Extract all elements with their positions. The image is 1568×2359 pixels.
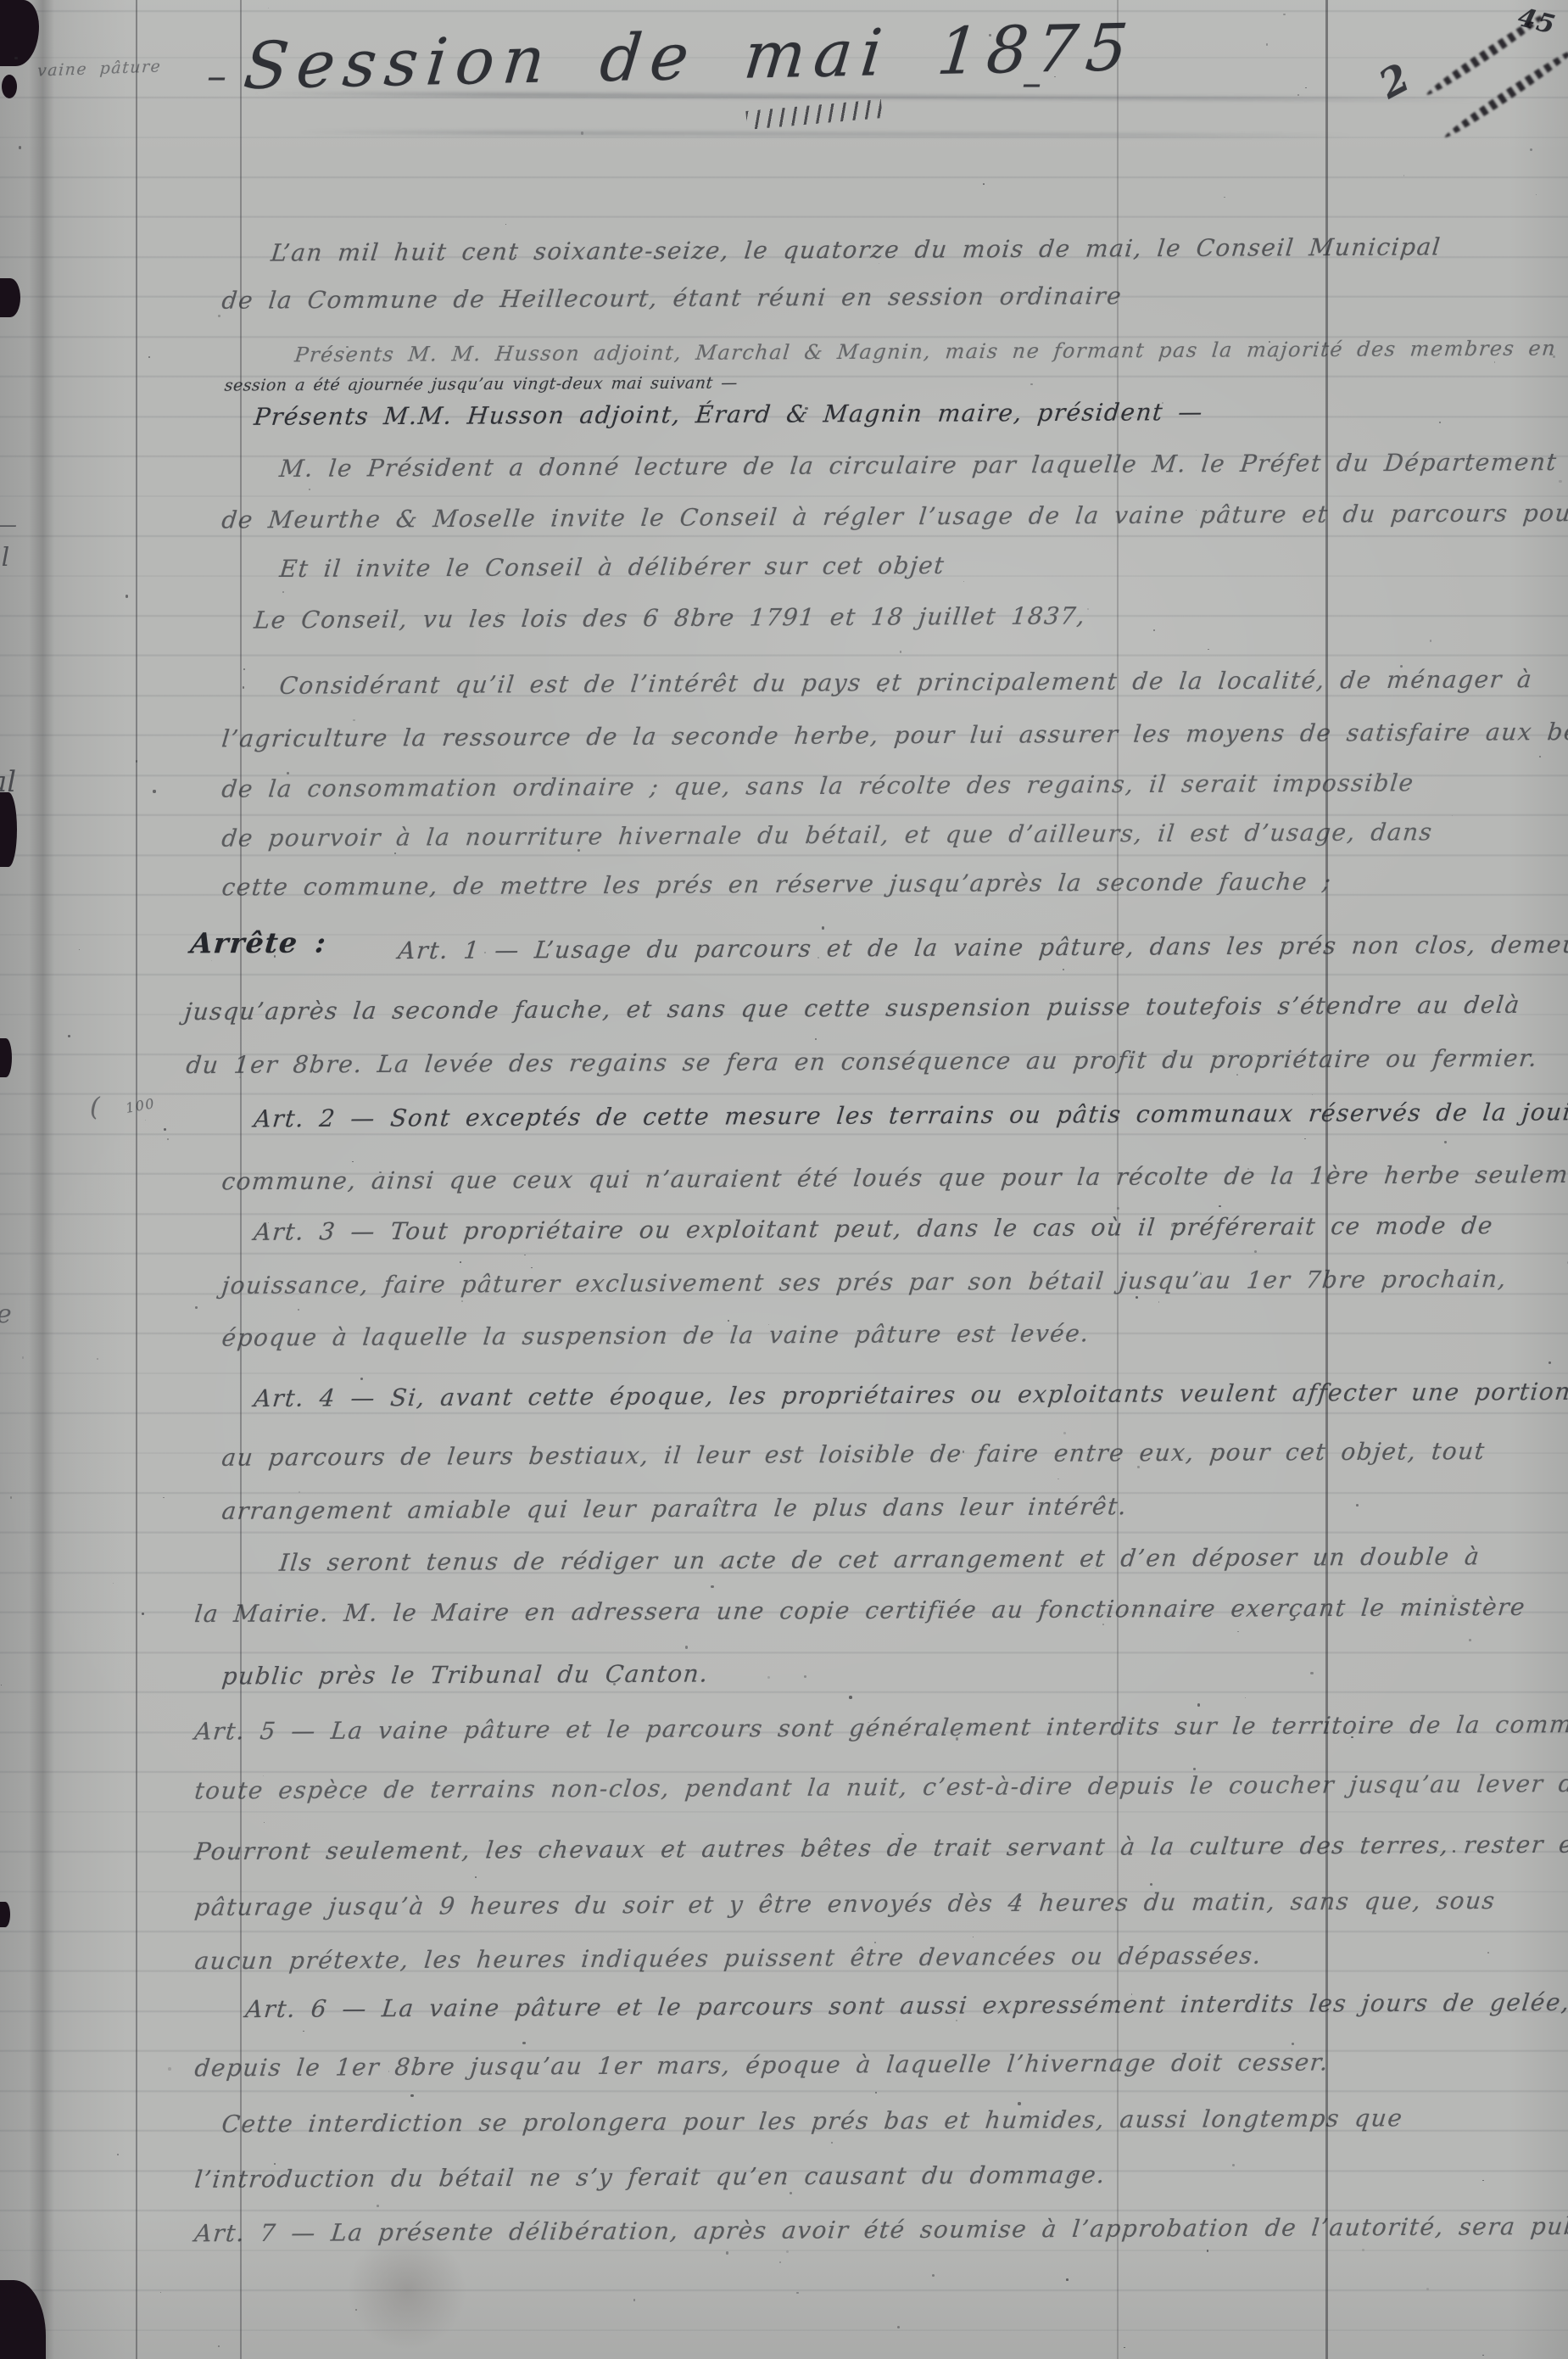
paper-speck xyxy=(522,2042,525,2044)
paper-speck xyxy=(1310,1672,1313,1674)
paper-speck xyxy=(353,719,354,721)
paper-speck xyxy=(1381,73,1381,74)
scan-edge-artifact xyxy=(0,792,17,867)
paper-speck xyxy=(831,2142,833,2144)
paper-speck xyxy=(1219,1205,1220,1207)
paper-speck xyxy=(685,1646,688,1648)
paper-speck xyxy=(379,1171,382,1174)
manuscript-line: depuis le 1er 8bre jusqu’au 1er mars, ép… xyxy=(193,2049,1331,2082)
paper-speck xyxy=(1207,2250,1208,2251)
paper-speck xyxy=(1042,736,1044,738)
paper-speck xyxy=(1224,197,1225,198)
bleed-fragment: — xyxy=(0,512,17,538)
scan-edge-artifact xyxy=(2,75,17,98)
paper-speck xyxy=(229,302,231,304)
paper-speck xyxy=(726,2251,728,2254)
paper-speck xyxy=(353,1798,354,1799)
paper-speck xyxy=(1247,1168,1249,1170)
paper-speck xyxy=(1171,1223,1174,1226)
paper-speck xyxy=(388,2071,389,2071)
title-dash-left: – xyxy=(207,53,228,98)
paper-speck xyxy=(1312,1094,1313,1095)
paper-speck xyxy=(1452,1595,1454,1597)
manuscript-line: époque à laquelle la suspension de la va… xyxy=(220,1319,1091,1351)
paper-speck xyxy=(153,790,155,792)
paper-speck xyxy=(268,1222,269,1223)
paper-speck xyxy=(737,1561,739,1563)
paper-speck xyxy=(1426,2288,1429,2290)
paper-speck xyxy=(163,1497,164,1498)
paper-speck xyxy=(299,1491,300,1493)
paper-speck xyxy=(19,146,22,149)
manuscript-line: cette commune, de mettre les prés en rés… xyxy=(220,868,1333,902)
paper-speck xyxy=(1539,756,1541,757)
manuscript-line: Le Conseil, vu les lois des 6 8bre 1791 … xyxy=(253,601,1087,634)
bleed-fragment: al xyxy=(0,765,16,799)
paper-speck xyxy=(963,581,964,582)
paper-speck xyxy=(882,690,884,692)
paper-speck xyxy=(355,2309,357,2311)
paper-speck xyxy=(1018,2102,1020,2105)
paper-speck xyxy=(711,1585,713,1588)
paper-speck xyxy=(804,1675,806,1678)
bleed-fragment: e xyxy=(0,1300,12,1329)
paper-speck xyxy=(581,131,583,134)
paper-speck xyxy=(805,407,807,410)
paper-speck xyxy=(1444,1141,1446,1143)
paper-speck xyxy=(515,254,516,256)
paper-speck xyxy=(303,2031,304,2032)
manuscript-line: aucun prétexte, les heures indiquées pui… xyxy=(193,1942,1264,1976)
paper-speck xyxy=(1196,510,1197,511)
paper-speck xyxy=(1137,1466,1140,1468)
manuscript-line: session a été ajournée jusqu’au vingt-de… xyxy=(224,373,739,394)
paper-speck xyxy=(1297,94,1298,95)
paper-speck xyxy=(1469,1639,1471,1641)
paper-speck xyxy=(726,524,728,526)
paper-speck xyxy=(1025,1557,1027,1559)
paper-speck xyxy=(243,686,244,688)
margin-rule-left-outer xyxy=(136,0,137,2359)
paper-speck xyxy=(1193,1768,1196,1770)
paper-speck xyxy=(1487,1952,1489,1954)
paper-speck xyxy=(475,1876,477,1878)
paper-speck xyxy=(756,411,756,411)
manuscript-line: l’introduction du bétail ne s’y ferait q… xyxy=(193,2161,1107,2194)
paper-speck xyxy=(531,1267,533,1269)
manuscript-line: de la Commune de Heillecourt, étant réun… xyxy=(220,282,1124,315)
paper-speck xyxy=(68,1035,70,1037)
paper-speck xyxy=(796,2292,799,2295)
paper-speck xyxy=(900,651,901,652)
paper-speck xyxy=(1162,402,1163,404)
paper-speck xyxy=(849,1696,852,1699)
paper-speck xyxy=(956,1737,958,1740)
paper-speck xyxy=(164,1128,166,1131)
paper-speck xyxy=(1559,480,1561,483)
paper-speck xyxy=(1356,1504,1359,1507)
paper-speck xyxy=(1197,1703,1200,1706)
paper-speck xyxy=(248,1967,249,1968)
paper-speck xyxy=(377,2205,379,2207)
paper-speck xyxy=(1283,14,1285,15)
paper-speck xyxy=(460,1261,461,1263)
title-dash-right: – xyxy=(1022,59,1043,105)
scan-edge-artifact xyxy=(0,278,20,317)
paper-speck xyxy=(274,955,276,957)
manuscript-line: Présents M.M. Husson adjoint, Érard & Ma… xyxy=(253,398,1205,431)
paper-speck xyxy=(1150,1883,1152,1886)
paper-speck xyxy=(218,315,220,317)
paper-speck xyxy=(195,1306,197,1308)
manuscript-line: Arrête : xyxy=(189,926,328,960)
paper-speck xyxy=(916,1722,918,1725)
paper-speck xyxy=(1553,355,1555,358)
manuscript-page: vaine pâture – Session de mai 1875 – 45 … xyxy=(0,0,1568,2359)
paper-speck xyxy=(346,346,348,348)
paper-speck xyxy=(815,1038,817,1040)
paper-speck xyxy=(989,34,991,36)
manuscript-line: Et il invite le Conseil à délibérer sur … xyxy=(278,551,946,583)
paper-speck xyxy=(1073,2173,1074,2175)
paper-speck xyxy=(22,1356,24,1358)
manuscript-line: public près le Tribunal du Canton. xyxy=(220,1659,710,1690)
marginalia-paren: ( xyxy=(90,1093,101,1122)
paper-speck xyxy=(168,2067,171,2071)
paper-speck xyxy=(1548,1361,1551,1364)
paper-speck xyxy=(1351,1736,1353,1739)
scan-edge-artifact xyxy=(0,1902,10,1927)
paper-speck xyxy=(148,356,150,358)
gutter-fold-shadow xyxy=(29,0,54,2359)
scan-edge-artifact xyxy=(0,1038,12,1077)
paper-speck xyxy=(1453,1850,1455,1853)
paper-speck xyxy=(1482,2355,1483,2356)
paper-speck xyxy=(10,1496,12,1498)
paper-speck xyxy=(894,1109,896,1110)
paper-speck xyxy=(1269,341,1270,343)
paper-speck xyxy=(142,1613,144,1615)
bleed-fragment: il xyxy=(0,543,9,573)
paper-speck xyxy=(1058,1001,1061,1003)
paper-speck xyxy=(963,1451,965,1453)
paper-speck xyxy=(822,926,824,929)
paper-speck xyxy=(126,595,128,597)
manuscript-line: arrangement amiable qui leur paraîtra le… xyxy=(220,1492,1129,1525)
